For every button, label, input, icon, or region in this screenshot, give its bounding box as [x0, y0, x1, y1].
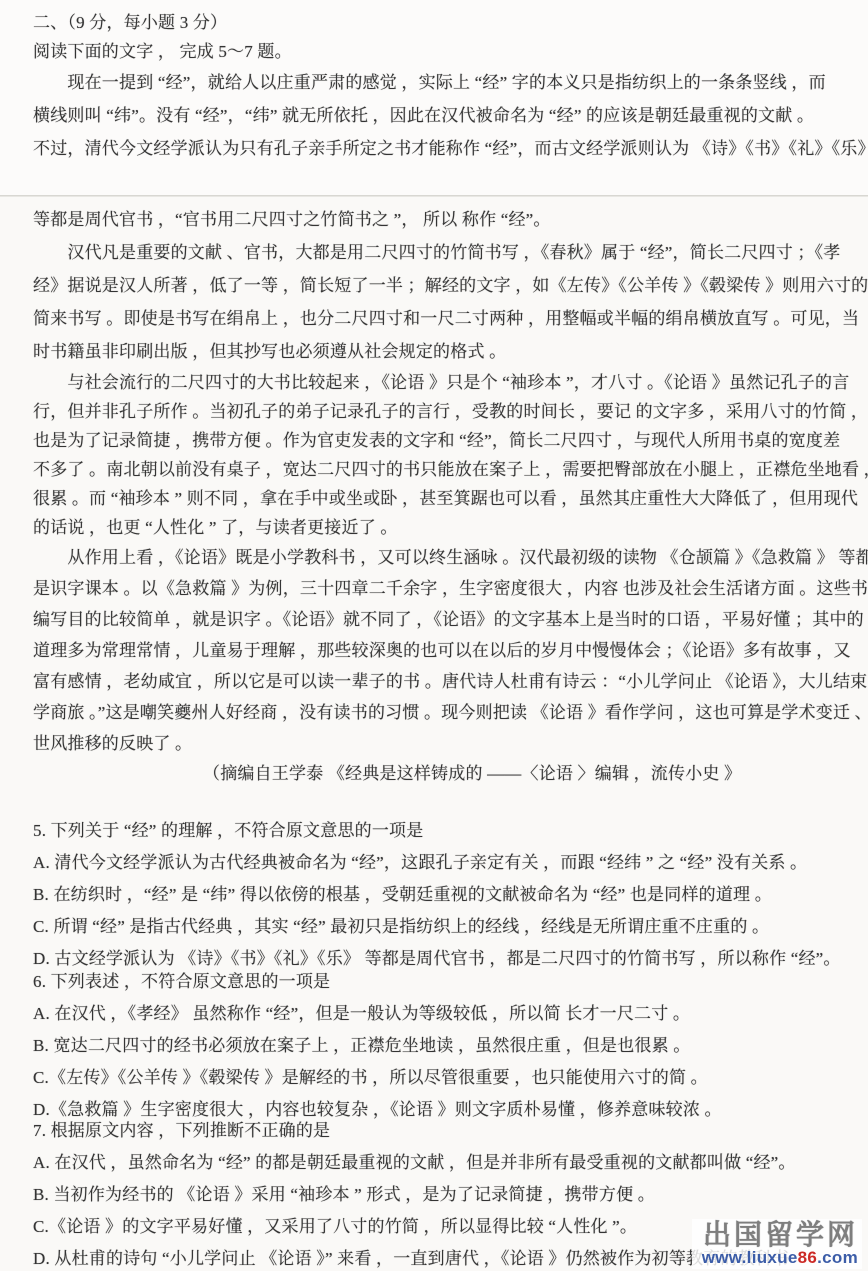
option-line: B. 在纺织时 ，“经” 是 “纬” 得以依傍的根基 ，受朝廷重视的文献被命名为… — [33, 879, 850, 911]
passage-line: 编写目的比较简单 ，就是识字 。《论语》就不同了 ，《论语》的文字基本上是当时的… — [33, 604, 850, 635]
watermark: 出国留学网 www.liuxue86.com — [692, 1219, 862, 1269]
question-5-block: 5. 下列关于 “经” 的理解 ，不符合原文意思的一项是 A. 清代今文经学派认… — [33, 815, 850, 975]
watermark-url: www.liuxue86.com — [702, 1249, 858, 1267]
passage-line: 与社会流行的二尺四寸的大书比较起来 ，《论语 》只是个 “袖珍本 ”，才八寸 。… — [33, 368, 850, 397]
passage-line: 从作用上看 ，《论语》既是小学教科书 ，又可以终生涵咏 。汉代最初级的读物 《仓… — [33, 542, 850, 573]
passage-paragraph-4: 从作用上看 ，《论语》既是小学教科书 ，又可以终生涵咏 。汉代最初级的读物 《仓… — [33, 542, 850, 759]
passage-line: 汉代凡是重要的文献 、官书，大都是用二尺四寸的竹简书写 ，《春秋》属于 “经”，… — [33, 236, 850, 269]
option-line: A. 在汉代 ，《孝经》 虽然称作 “经”，但是一般认为等级较低 ，所以简 长才… — [33, 998, 850, 1030]
passage-paragraph-2: 等都是周代官书 ，“官书用二尺四寸之竹简书之 ”， 所以 称作 “经”。 汉代凡… — [33, 203, 850, 368]
passage-line: 是识字课本 。以《急救篇 》为例，三十四章二千余字 ，生字密度很大 ，内容 也涉… — [33, 573, 850, 604]
passage-line: 简来书写 。即使是书写在绢帛上 ，也分二尺四寸和一尺二寸两种 ，用整幅或半幅的绢… — [33, 302, 850, 335]
passage-line: 不多了 。南北朝以前没有桌子 ，宽达二尺四寸的书只能放在案子上 ，需要把臀部放在… — [33, 455, 850, 484]
watermark-site-name: 出国留学网 — [702, 1221, 858, 1249]
exam-content: 二、（9 分，每小题 3 分） 阅读下面的文字 ， 完成 5～7 题。 现在一提… — [0, 0, 868, 1271]
question-6-block: 6. 下列表述 ，不符合原文意思的一项是 A. 在汉代 ，《孝经》 虽然称作 “… — [33, 966, 850, 1126]
passage-line: 的话说 ，也更 “人性化 ” 了，与读者更接近了 。 — [33, 513, 850, 542]
passage-line: 横线则叫 “纬”。没有 “经”，“纬” 就无所依托 ，因此在汉代被命名为 “经”… — [33, 99, 850, 132]
passage-line: 也是为了记录简捷 ，携带方便 。作为官吏发表的文字和 “经”，简长二尺四寸 ，与… — [33, 426, 850, 455]
blank-gap — [33, 789, 850, 815]
scanned-exam-page: 二、（9 分，每小题 3 分） 阅读下面的文字 ， 完成 5～7 题。 现在一提… — [0, 0, 868, 1271]
option-line: A. 清代今文经学派认为古代经典被命名为 “经”，这跟孔子亲定有关 ，而跟 “经… — [33, 847, 850, 879]
option-line: C. 所谓 “经” 是指古代经典 ，其实 “经” 最初只是指纺织上的经线 ，经线… — [33, 911, 850, 943]
passage-line: 等都是周代官书 ，“官书用二尺四寸之竹简书之 ”， 所以 称作 “经”。 — [33, 203, 850, 236]
source-citation: （摘编自王学泰 《经典是这样铸成的 ——〈论语 〉编辑 ，流传小史 》 — [33, 759, 850, 789]
passage-line: 富有感情 ，老幼咸宜 ，所以它是可以读一辈子的书 。唐代诗人杜甫有诗云 ：“小儿… — [33, 666, 850, 697]
option-line: B. 宽达二尺四寸的经书必须放在案子上 ，正襟危坐地读 ，虽然很庄重 ，但是也很… — [33, 1030, 850, 1062]
passage-line: 世风推移的反映了 。 — [33, 728, 850, 759]
passage-line: 现在一提到 “经”，就给人以庄重严肃的感觉 ，实际上 “经” 字的本义只是指纺织… — [33, 66, 850, 99]
watermark-url-part: .com — [817, 1248, 858, 1267]
option-line: C.《左传》《公羊传 》《毂梁传 》是解经的书 ，所以尽管很重要 ，也只能使用六… — [33, 1062, 850, 1094]
question-stem: 5. 下列关于 “经” 的理解 ，不符合原文意思的一项是 — [33, 815, 850, 847]
option-line: A. 在汉代 ，虽然命名为 “经” 的都是朝廷最重视的文献 ，但是并非所有最受重… — [33, 1147, 850, 1179]
passage-line: 行，但并非孔子所作 。当初孔子的弟子记录孔子的言行 ，受教的时间长 ，要记 的文… — [33, 397, 850, 426]
passage-top-section: 二、（9 分，每小题 3 分） 阅读下面的文字 ， 完成 5～7 题。 现在一提… — [0, 0, 868, 195]
passage-line: 很累 。而 “袖珍本 ” 则不同 ，拿在手中或坐或卧 ，甚至箕踞也可以看 ，虽然… — [33, 484, 850, 513]
blank-gap — [33, 165, 850, 195]
watermark-url-part: www.liuxue — [702, 1248, 798, 1267]
passage-line: 学商旅 。”这是嘲笑夔州人好经商 ，没有读书的习惯 。现今则把读 《论语 》看作… — [33, 697, 850, 728]
watermark-url-part: 86 — [798, 1248, 818, 1267]
passage-line: 道理多为常理常情 ，儿童易于理解 ，那些较深奥的也可以在以后的岁月中慢慢体会 ；… — [33, 635, 850, 666]
section-header: 二、（9 分，每小题 3 分） — [33, 8, 850, 37]
passage-line: 经》据说是汉人所著 ，低了一等 ，简长短了一半 ；解经的文字 ，如《左传》《公羊… — [33, 269, 850, 302]
instruction-line: 阅读下面的文字 ， 完成 5～7 题。 — [33, 37, 850, 66]
passage-paragraph-3: 与社会流行的二尺四寸的大书比较起来 ，《论语 》只是个 “袖珍本 ”，才八寸 。… — [33, 368, 850, 542]
option-line: B. 当初作为经书的 《论语 》采用 “袖珍本 ” 形式 ，是为了记录简捷 ，携… — [33, 1179, 850, 1211]
passage-line: 不过，清代今文经学派认为只有孔子亲手所定之书才能称作 “经”，而古文经学派则认为… — [33, 132, 850, 165]
passage-line: 时书籍虽非印刷出版 ，但其抄写也必须遵从社会规定的格式 。 — [33, 335, 850, 368]
